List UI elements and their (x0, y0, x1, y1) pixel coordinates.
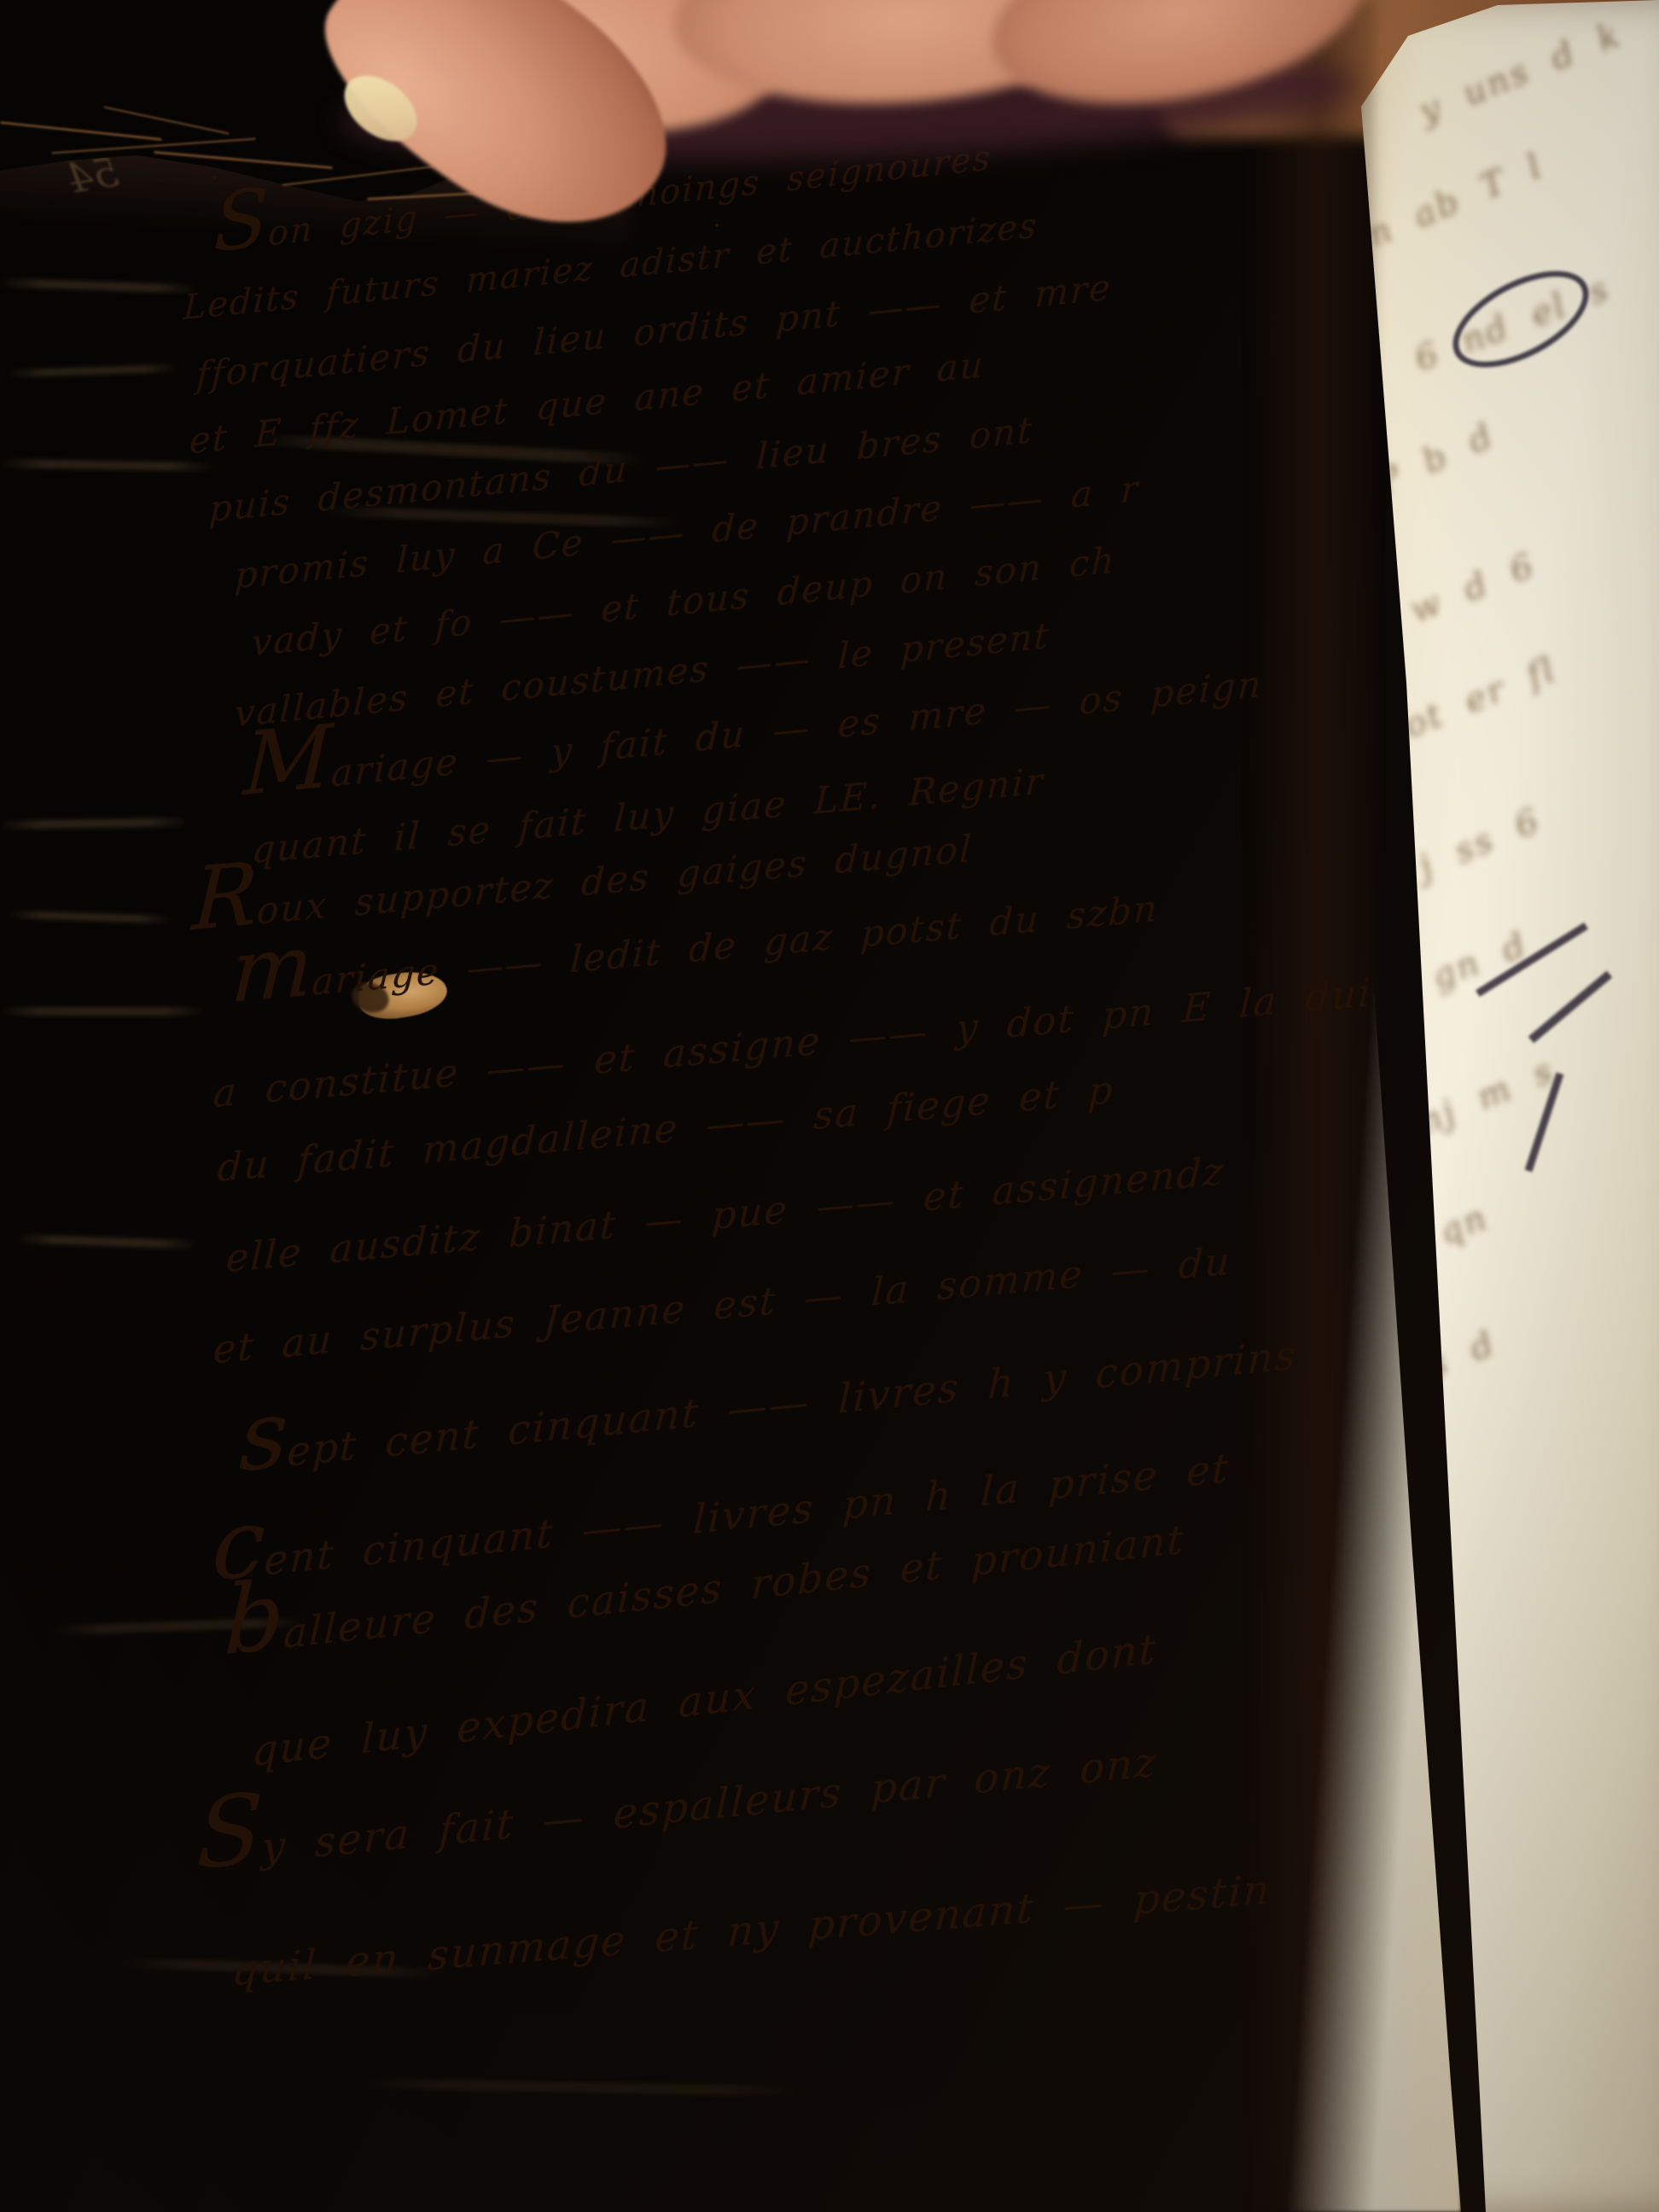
show-through-mark (0, 818, 188, 829)
show-through-mark (17, 1234, 196, 1249)
right-page-ghost-line: w d 6 (1405, 545, 1541, 631)
right-page-ghost-line: 6 qn (1388, 1197, 1493, 1271)
paper-fiber (0, 121, 161, 141)
show-through-mark (0, 278, 196, 294)
ink-speck (388, 157, 392, 160)
right-page-ghost-line: j ss 6 (1413, 800, 1546, 887)
right-page-ghost-line: n ab T l (1362, 146, 1549, 255)
ink-speck (366, 141, 370, 145)
right-page-ghost-line: s d (1422, 1324, 1501, 1386)
show-through-mark (9, 911, 171, 924)
manuscript-photograph: y uns d k n ab T l 6 nd el s P b d w d 6… (0, 0, 1659, 2212)
ink-speck (715, 224, 719, 227)
right-page-ghost-line: P b d (1371, 416, 1501, 503)
show-through-mark (9, 364, 179, 378)
right-page-ghost-line: y uns d k (1413, 15, 1627, 131)
show-through-mark (0, 459, 213, 471)
show-through-mark (0, 1007, 205, 1016)
left-page: 54 Son gzig — et tesmoings seignoures Le… (0, 0, 1476, 2212)
right-page-ghost-line: mot er fl (1366, 649, 1562, 759)
folio-number-ghost: 54 (63, 148, 122, 204)
manuscript-line: quil en sunmage et ny provenant — pestin (230, 1866, 1272, 1995)
paper-fiber (282, 166, 435, 186)
paper-fiber (103, 106, 229, 134)
right-page-ink-stroke (1528, 971, 1612, 1044)
show-through-mark (358, 2078, 802, 2096)
